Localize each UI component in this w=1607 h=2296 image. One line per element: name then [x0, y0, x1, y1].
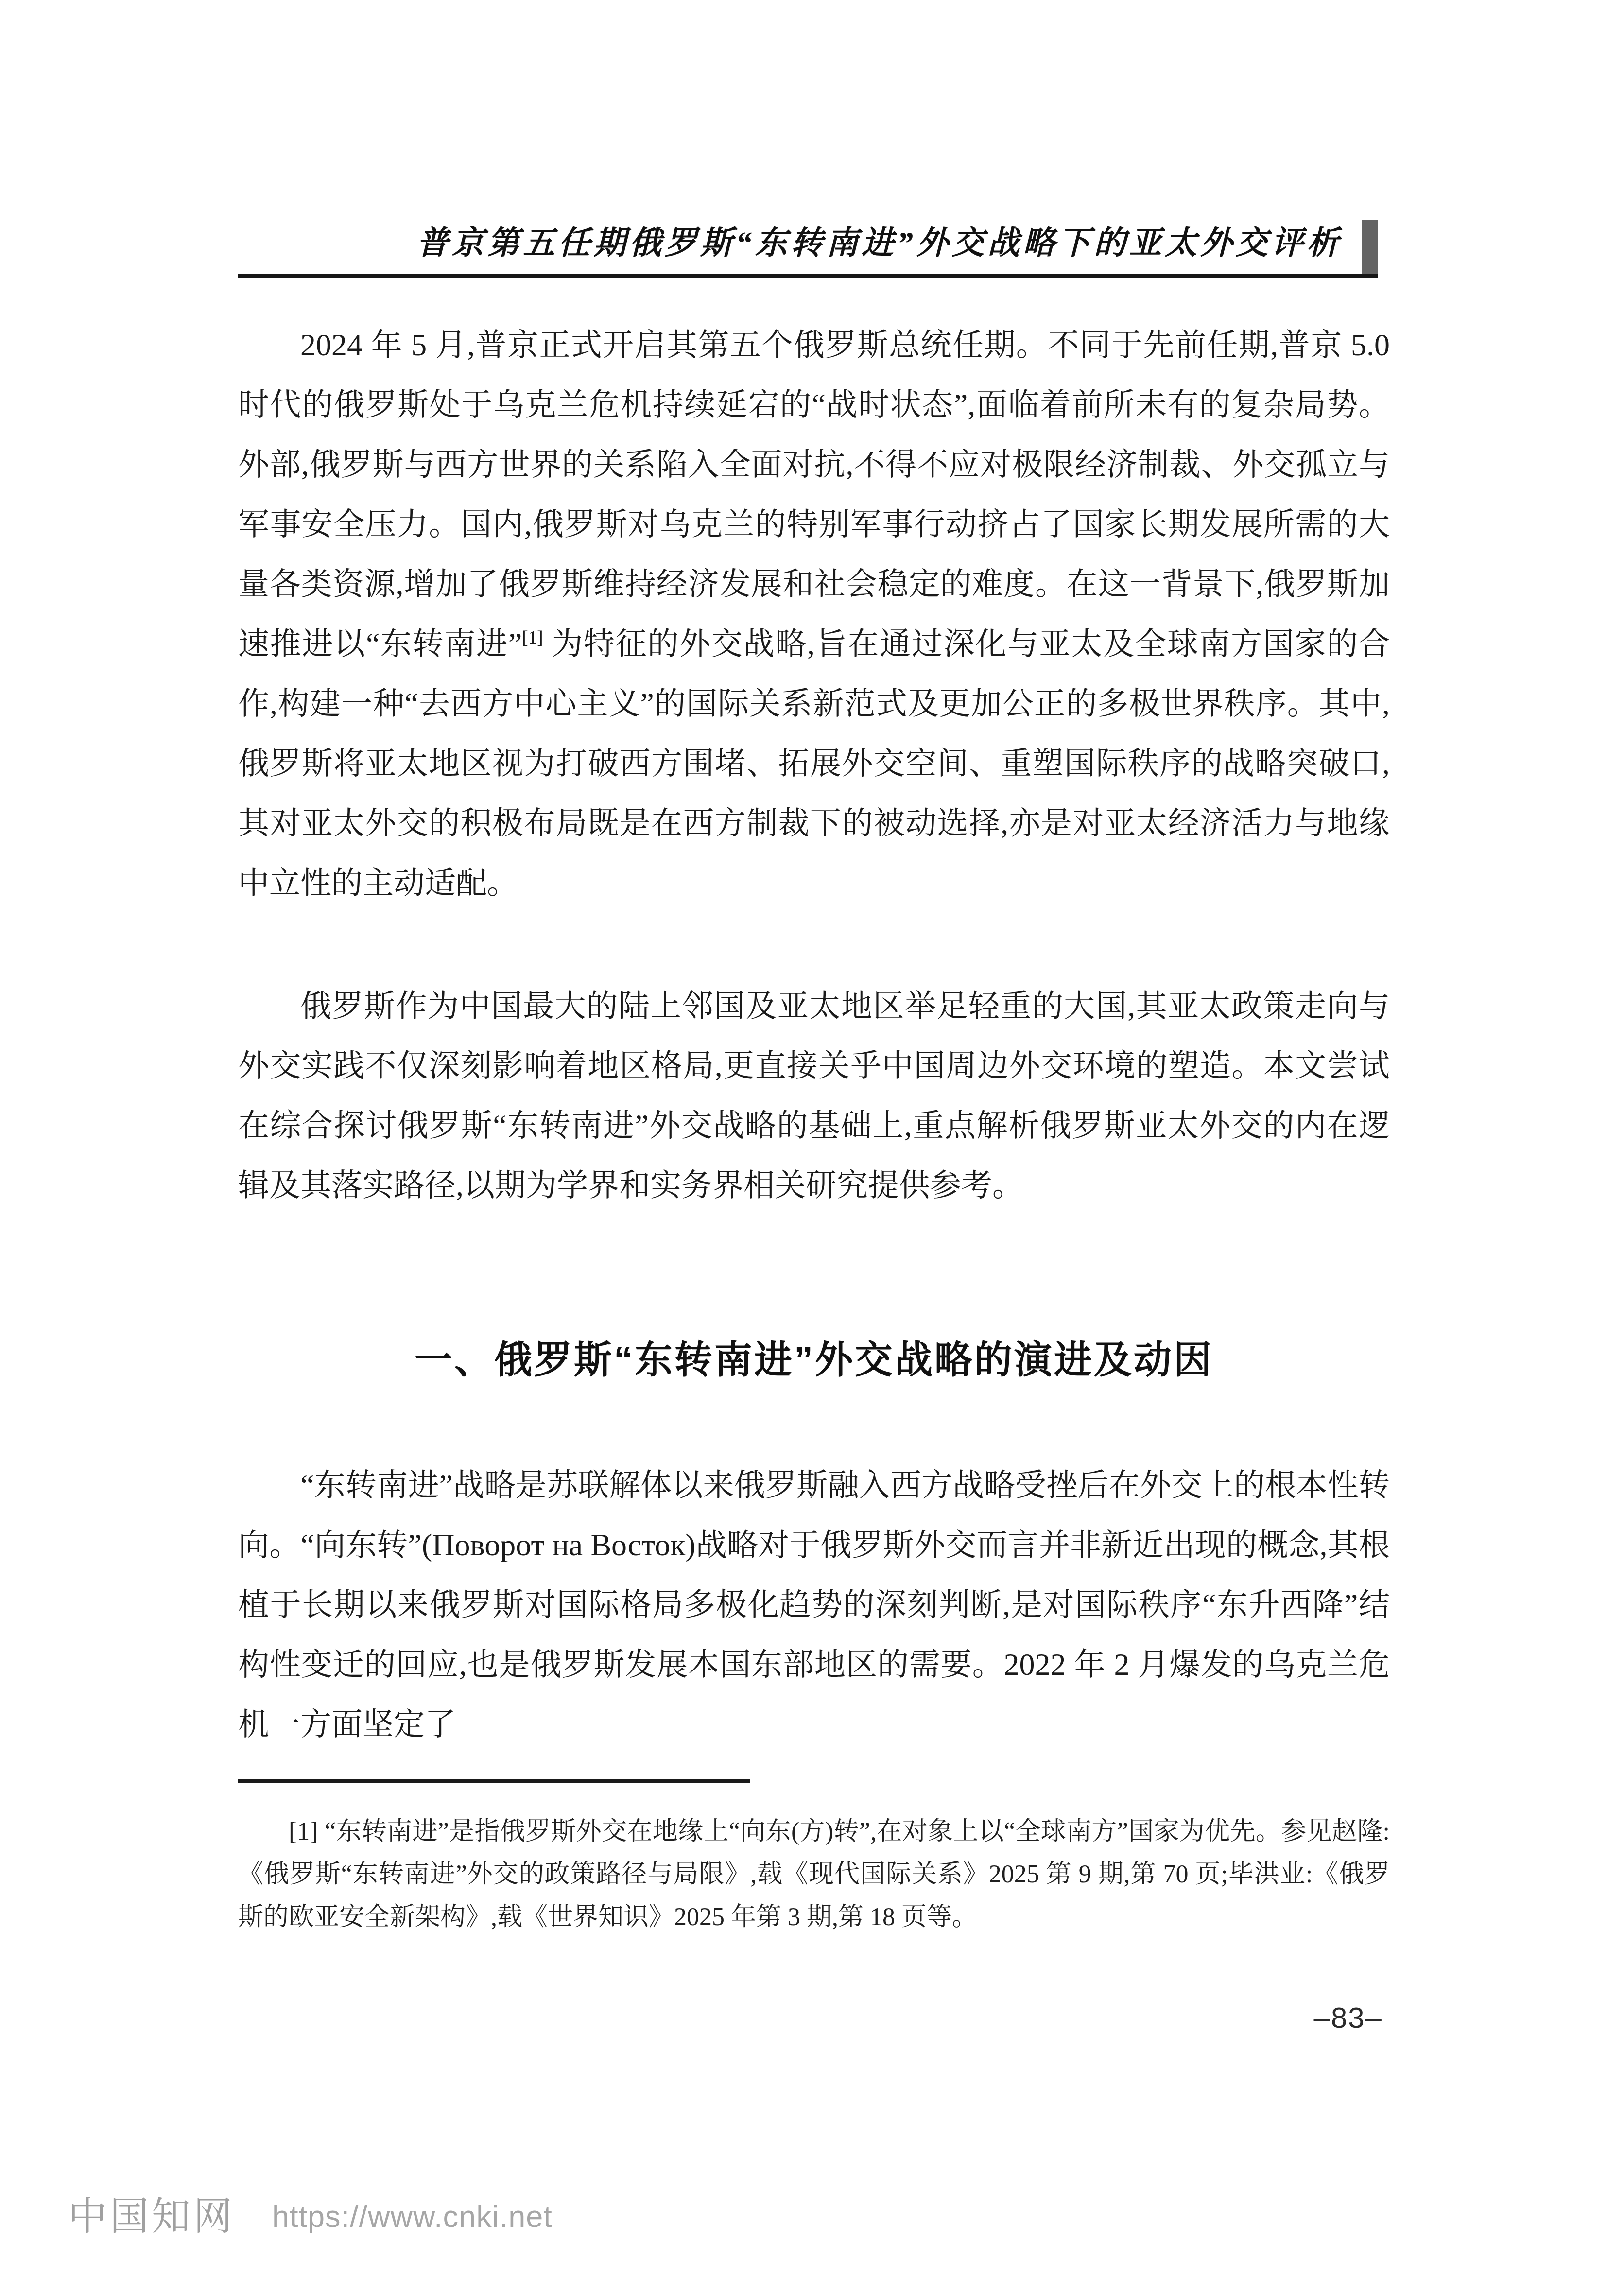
header-corner-bar — [1362, 220, 1378, 276]
section-1-paragraph-1: “东转南进”战略是苏联解体以来俄罗斯融入西方战略受挫后在外交上的根本性转向。“向… — [238, 1455, 1390, 1754]
footnote-1-text: [1] “东转南进”是指俄罗斯外交在地缘上“向东(方)转”,在对象上以“全球南方… — [238, 1810, 1390, 1939]
footnote-separator-rule — [238, 1779, 750, 1783]
cnki-brand-logo-text: 中国知网 — [68, 2197, 235, 2236]
paragraph-1-text-before-ref: 2024 年 5 月,普京正式开启其第五个俄罗斯总统任期。不同于先前任期,普京 … — [238, 328, 1390, 661]
paragraph-2: 俄罗斯作为中国最大的陆上邻国及亚太地区举足轻重的大国,其亚太政策走向与外交实践不… — [238, 976, 1390, 1215]
section-1-heading: 一、俄罗斯“东转南进”外交战略的演进及动因 — [238, 1336, 1390, 1384]
paragraph-1: 2024 年 5 月,普京正式开启其第五个俄罗斯总统任期。不同于先前任期,普京 … — [238, 315, 1390, 913]
header-rule — [238, 274, 1378, 278]
running-title: 普京第五任期俄罗斯“东转南进”外交战略下的亚太外交评析 — [416, 227, 1342, 260]
page-number: –83– — [1314, 2003, 1382, 2033]
footnote-1-reference: [1] — [522, 628, 543, 648]
journal-page: 普京第五任期俄罗斯“东转南进”外交战略下的亚太外交评析 2024 年 5 月,普… — [0, 0, 1607, 2296]
cnki-url: https://www.cnki.net — [272, 2202, 553, 2232]
paragraph-1-text-after-ref: 为特征的外交战略,旨在通过深化与亚太及全球南方国家的合作,构建一种“去西方中心主… — [238, 626, 1390, 900]
